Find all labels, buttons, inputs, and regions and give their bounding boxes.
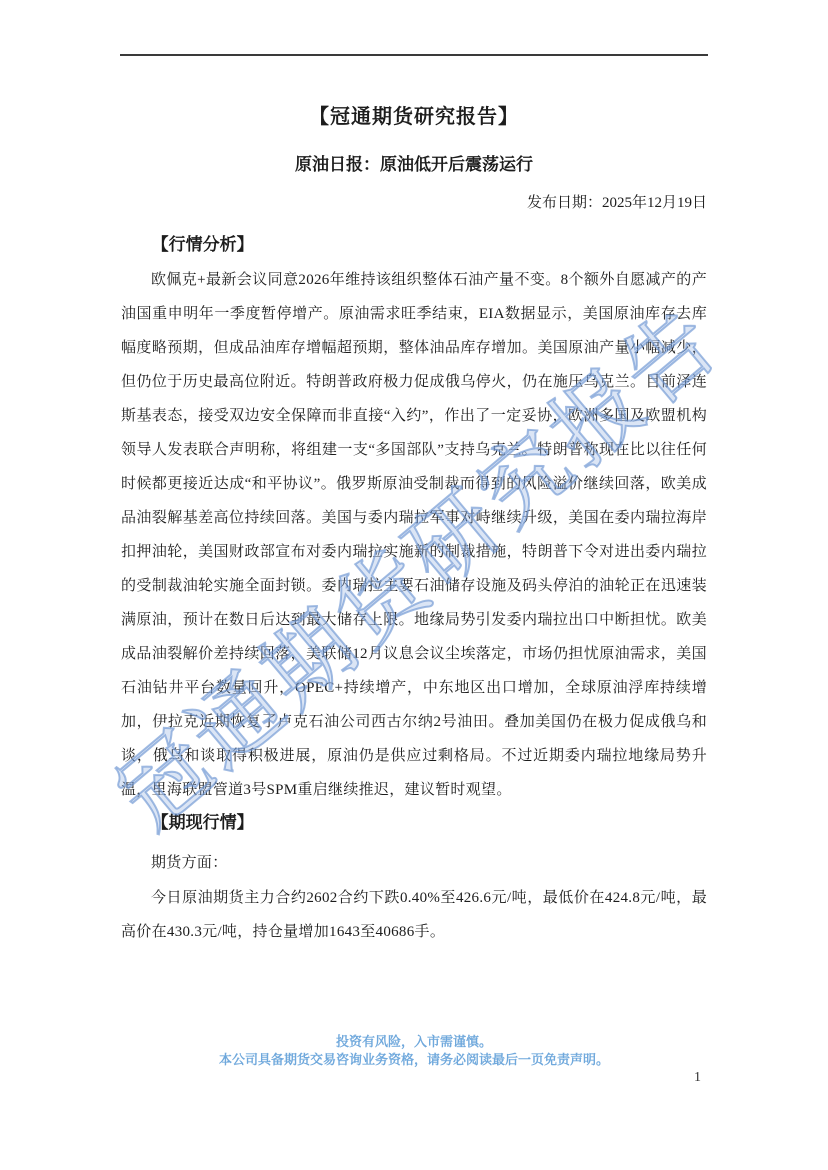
section-heading-market-analysis: 【行情分析】 xyxy=(121,235,707,255)
report-page: 冠通期货研究报告 【冠通期货研究报告】 原油日报：原油低开后震荡运行 发布日期：… xyxy=(0,0,828,1170)
report-subtitle: 原油日报：原油低开后震荡运行 xyxy=(121,155,707,175)
footer-disclaimer-line2: 本公司具备期货交易咨询业务资格，请务必阅读最后一页免责声明。 xyxy=(0,1051,828,1069)
page-number: 1 xyxy=(694,1070,701,1086)
futures-side-label: 期货方面： xyxy=(121,846,707,880)
footer-disclaimer-line1: 投资有风险，入市需谨慎。 xyxy=(0,1033,828,1051)
report-content: 【冠通期货研究报告】 原油日报：原油低开后震荡运行 发布日期：2025年12月1… xyxy=(121,0,707,949)
futures-detail-paragraph: 今日原油期货主力合约2602合约下跌0.40%至426.6元/吨，最低价在424… xyxy=(121,881,707,949)
market-analysis-paragraph: 欧佩克+最新会议同意2026年维持该组织整体石油产量不变。8个额外自愿减产的产油… xyxy=(121,263,707,807)
section-heading-futures-spot: 【期现行情】 xyxy=(121,813,707,833)
publish-date: 发布日期：2025年12月19日 xyxy=(121,194,707,212)
report-title: 【冠通期货研究报告】 xyxy=(121,105,707,129)
footer-disclaimer: 投资有风险，入市需谨慎。 本公司具备期货交易咨询业务资格，请务必阅读最后一页免责… xyxy=(0,1033,828,1069)
